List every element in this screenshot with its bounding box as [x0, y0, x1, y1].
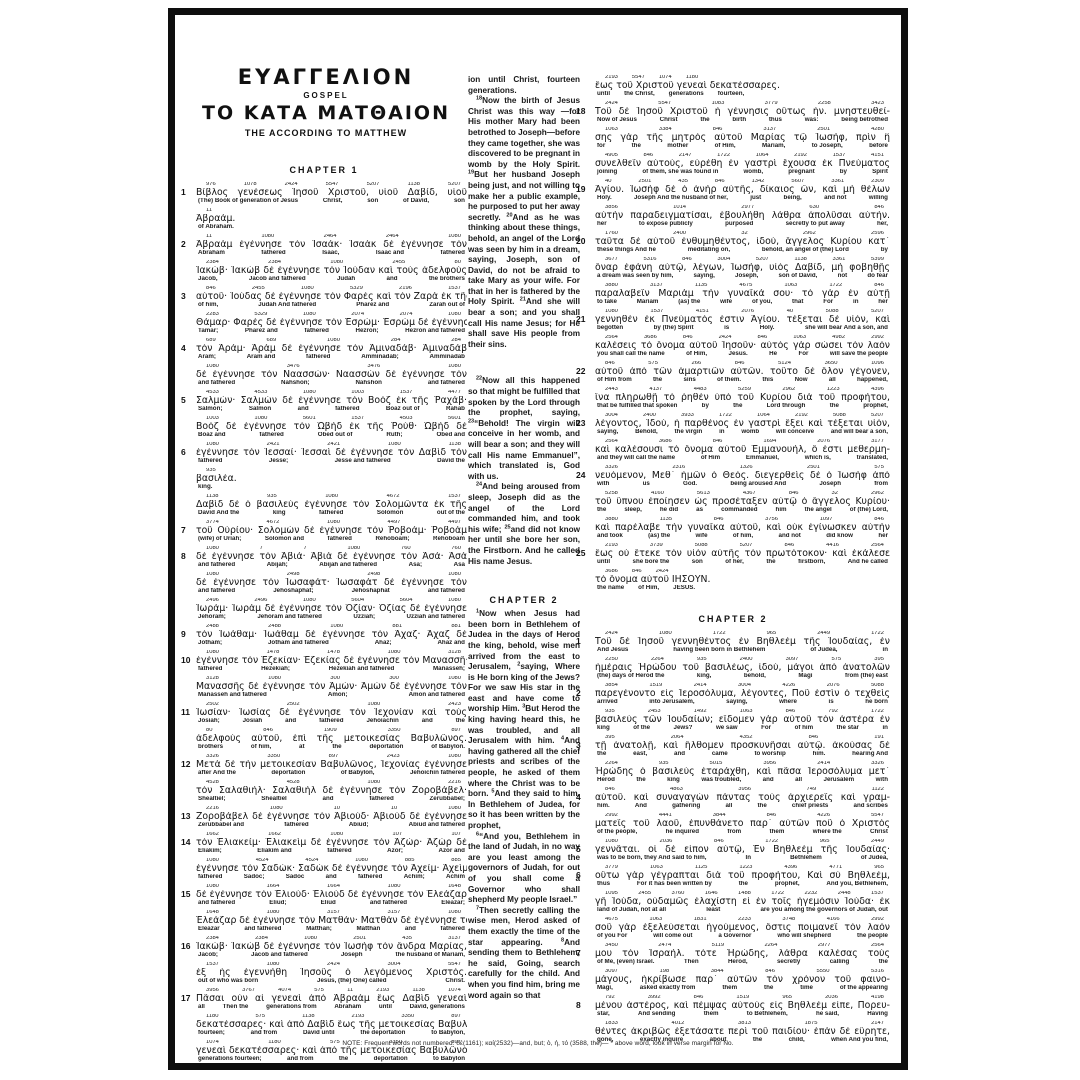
greek-text-row: αὐτοῦ· Ἰούδας δὲ ἐγέννησε τὸν Φαρὲς καὶ …: [196, 292, 467, 302]
interlinear-line: 339520644352846191τῇ ἀνατολῇ, καὶ ἤλθομε…: [576, 735, 890, 758]
verse-number: 6: [576, 870, 581, 880]
english-gloss-row: untilthe Christ,generationsfourteen,: [595, 91, 890, 98]
greek-text-row: δεκατέσσαρες· καὶ ἀπὸ Δαβὶδ ἕως τῆς μετο…: [196, 1020, 467, 1030]
page-border: ΕΥΑΓΓΕΛΙΟΝ GOSPEL ΤΟ ΚΑΤΑ ΜΑΤΘΑΙΟΝ THE A…: [168, 8, 908, 1070]
english-gloss-row: arrivedinto Jerusalem,saying,whereishe b…: [595, 699, 890, 706]
english-gloss-row: fatheredJesse;Jesse and fatheredDavid th…: [196, 458, 467, 465]
verse-superscript: 23: [468, 418, 474, 424]
interlinear-line: 23854151924143004422620765088παρεγένοντο…: [576, 683, 890, 706]
interlinear-line: 1080452445241080885885ἐγέννησε τὸν Σαδώκ…: [181, 858, 467, 881]
interlinear-line: 15371080242430045547ἐξ ἧς ἐγεννήθη Ἰησοῦ…: [181, 962, 467, 985]
title-block: ΕΥΑΓΓΕΛΙΟΝ GOSPEL ΤΟ ΚΑΤΑ ΜΑΤΘΑΙΟΝ THE A…: [179, 65, 473, 138]
greek-text-row: ἀδελφοὺς αὐτοῦ, ἐπὶ τῆς μετοικεσίας Βαβυ…: [196, 734, 467, 744]
greek-text-row: οὕτω γὰρ γέγραπται διὰ τοῦ προφήτου, Καὶ…: [595, 871, 890, 881]
english-gloss-row: and took(as) thewifeof him,and notdid kn…: [595, 533, 890, 540]
verse-superscript: 22: [476, 376, 482, 382]
chapter-1-heading: CHAPTER 1: [181, 165, 467, 175]
greek-text-row: Τοῦ δὲ Ἰησοῦ Χριστοῦ ἡ γέννησις οὕτως ἦν…: [595, 107, 890, 117]
greek-text-row: νευόμενον, Μεθ᾽ ἡμῶν ὁ Θεός. διεγερθεὶς …: [595, 471, 890, 481]
greek-text-row: Ἀβραάμ.: [196, 214, 467, 224]
column-interlinear-ch1: CHAPTER 1 1976107824245547520711385207Βί…: [181, 165, 467, 1066]
interlinear-line: 2443413744835259296212234396ἵνα πληρωθῇ …: [576, 387, 890, 410]
verse-superscript: 4: [561, 736, 564, 742]
interlinear-line: 2193554710741180ἕως τοῦ Χριστοῦ γενεαὶ δ…: [576, 75, 890, 98]
english-gloss-row: AbrahamfatheredIsaac,Isaac andfathered: [196, 250, 467, 257]
interlinear-line: 1080249824981080δὲ ἐγέννησε τὸν Ἰωσαφάτ·…: [181, 572, 467, 595]
english-gloss-row: (the) days of Herod theking,behold,Magif…: [595, 673, 890, 680]
english-gloss-row: brothersof him,atthedeportationof Babylo…: [196, 744, 467, 751]
english-gloss-row: fatheredSadoc;SadocandfatheredAchim;Achi…: [196, 874, 467, 881]
interlinear-line: 2111080246424641080Ἀβραὰμ ἐγέννησε τὸν Ἰ…: [181, 234, 467, 257]
interlinear-line: 100310805601153745035601Βοὸζ δὲ ἐγέννησε…: [181, 416, 467, 439]
verse-number: 22: [576, 366, 585, 376]
interlinear-line: 124241080172296524491722Τοῦ δὲ Ἰησοῦ γεν…: [576, 631, 890, 654]
english-gloss-row: Zerubbabel andfatheredAbiud;Abiud and fa…: [196, 822, 467, 829]
interlinear-line: 737744672108044974497τοῦ Οὐρίου· Σολομὼν…: [181, 520, 467, 543]
greek-text-row: Μανασσῆς δὲ ἐγέννησε τὸν Ἀμών· Ἀμὼν δὲ ἐ…: [196, 682, 467, 692]
interlinear-line: 2250226493524003097575395ἡμέραις Ἡρώδου …: [576, 657, 890, 680]
interlinear-line: 18242455471083377922583423Τοῦ δὲ Ἰησοῦ Χ…: [576, 101, 890, 124]
greek-text-row: σης γὰρ τῆς μητρὸς αὐτοῦ Μαρίας τῷ Ἰωσήφ…: [595, 133, 890, 143]
greek-text-row: Θάμαρ· Φαρὲς δὲ ἐγέννησε τὸν Ἑσρώμ· Ἑσρὼ…: [196, 318, 467, 328]
english-gloss-row: and fatheredEliud;Eliudand fatheredEleaz…: [196, 900, 467, 907]
interlinear-line: 14166216621080107107τὸν Ἐλιακείμ· Ἐλιακε…: [181, 832, 467, 855]
verse-superscript: 2: [517, 661, 520, 667]
english-gloss-row: was to be born, they And said to him,InB…: [595, 855, 890, 862]
english-gloss-row: star,And sendingthemto Bethlehem,he said…: [595, 1011, 890, 1018]
interlinear-line: 36868462424τὸ ὄνομα αὐτοῦ ΙΗΣΟΥΝ.the nam…: [576, 569, 890, 592]
interlinear-line: 123326335089724231080Μετὰ δὲ τὴν μετοικε…: [181, 754, 467, 777]
english-paragraph: 7Then secretly calling the wise men, Her…: [468, 906, 580, 1001]
english-gloss-row: you shall call the nameof Him,Jesus.HeFo…: [595, 351, 890, 358]
verse-superscript: 19: [468, 170, 474, 176]
english-gloss-row: (wife) of Uriah;Solomon andfatheredRehob…: [196, 536, 467, 543]
english-gloss-row: And Jesushaving been born in Bethlehemof…: [595, 647, 890, 654]
english-gloss-row: Jacob,Jacob and fatheredJudahandthe brot…: [196, 276, 467, 283]
interlinear-line: 194025014358461342560733612309Ἁγίου. Ἰωσ…: [576, 179, 890, 202]
interlinear-line: 1138935108046721537Δαβὶδ δὲ ὁ βασιλεὺς ἐ…: [181, 494, 467, 517]
interlinear-line: 3097198384484655505316μάγους, ἠκρίβωσε π…: [576, 969, 890, 992]
verse-superscript: 20: [506, 212, 512, 218]
interlinear-line: 51080203684617229652449γεννᾶται. οἱ δὲ ε…: [576, 839, 890, 862]
interlinear-line: 243326231613262501575νευόμενον, Μεθ᾽ ἡμῶ…: [576, 465, 890, 488]
english-gloss-row: and fatheredNahshon;Nahshonand fathered: [196, 380, 467, 387]
greek-text-row: Ἡρώδης ὁ βασιλεὺς ἐταράχθη, καὶ πᾶσα Ἱερ…: [595, 767, 890, 777]
verse-number: 11: [181, 707, 190, 717]
english-gloss-row: David And thekingfatheredSolomonout of t…: [196, 510, 467, 517]
interlinear-line: 22846575266846512436501096αὐτοῦ ἀπὸ τῶν …: [576, 361, 890, 384]
greek-text-row: Ἰακώβ· Ἰακὼβ δὲ ἐγέννησε τὸν Ἰωσὴφ τὸν ἄ…: [196, 942, 467, 952]
english-gloss-row: theeast,andcameto worshiphim.hearing And: [595, 751, 890, 758]
english-gloss-row: of Abraham.: [196, 224, 467, 231]
verse-number: 4: [576, 792, 581, 802]
greek-text-row: ἐγέννησε τὸν Σαδώκ· Σαδὼκ δὲ ἐγέννησε τὸ…: [196, 864, 467, 874]
verse-number: 5: [576, 844, 581, 854]
greek-text-row: παραλαβεῖν Μαριὰμ τὴν γυναῖκά σου· τὸ γὰ…: [595, 289, 890, 299]
english-gloss-row: Magi,asked exactly fromthemthetimeof the…: [595, 985, 890, 992]
english-gloss-row: Josiah;JosiahandfatheredJehoiachinandthe: [196, 718, 467, 725]
verse-number: 2: [576, 688, 581, 698]
english-gloss-row: the nameof Him,JESUS.: [595, 585, 890, 592]
greek-text-row: τὸν Ἐλιακείμ· Ἐλιακεὶμ δὲ ἐγέννησε τὸν Ἀ…: [196, 838, 467, 848]
greek-text-row: δὲ ἐγέννησε τὸν Ἰωσαφάτ· Ἰωσαφὰτ δὲ ἐγέν…: [196, 578, 467, 588]
english-gloss-row: of the people,he inquiredfromthemwhere t…: [595, 829, 890, 836]
greek-text-row: ἐγέννησε τὸν Ἰεσσαί· Ἰεσσαὶ δὲ ἐγέννησε …: [196, 448, 467, 458]
greek-text-row: Ἰακώβ· Ἰακὼβ δὲ ἐγέννησε τὸν Ἰούδαν καὶ …: [196, 266, 467, 276]
interlinear-line: 87923992846151996520364198μένου ἀστέρος,…: [576, 995, 890, 1018]
title-gospel-gloss: GOSPEL: [179, 91, 473, 100]
verse-number: 8: [181, 551, 186, 561]
interlinear-line: 238423841080245580Ἰακώβ· Ἰακὼβ δὲ ἐγέννη…: [181, 260, 467, 283]
interlinear-line: 1180575113821933350897δεκατέσσαρες· καὶ …: [181, 1014, 467, 1037]
english-gloss-row: Eleazarand fatheredMatthan;Matthanandfat…: [196, 926, 467, 933]
english-gloss-row: Salmon;SalmonandfatheredBoaz out ofRahab: [196, 406, 467, 413]
greek-text-row: ἐξ ἧς ἐγεννήθη Ἰησοῦς ὁ λεγόμενος Χριστό…: [196, 968, 467, 978]
verse-number: 8: [576, 1000, 581, 1010]
greek-text-row: καὶ καλέσουσι τὸ ὄνομα αὐτοῦ Ἐμμανουήλ, …: [595, 445, 890, 455]
greek-text-row: Σαλμών· Σαλμὼν δὲ ἐγέννησε τὸν Βοὸζ ἐκ τ…: [196, 396, 467, 406]
english-gloss-row: Jehoram;Jehoram and fatheredUzziah;Uzzia…: [196, 614, 467, 621]
greek-text-row: τῇ ἀνατολῇ, καὶ ἤλθομεν προσκυνῆσαι αὐτῷ…: [595, 741, 890, 751]
interlinear-line: 935βασιλέα.king.: [181, 468, 467, 491]
english-gloss-row: untilshe bore thesonof her,thefirstborn,…: [595, 559, 890, 566]
interlinear-line: 6377910631125122343964771965οὕτω γὰρ γέγ…: [576, 865, 890, 888]
greek-text-row: καὶ παρέλαβε τὴν γυναῖκα αὐτοῦ, καὶ οὐκ …: [595, 523, 890, 533]
english-paragraph: 1Now when Jesus had been born in Bethleh…: [468, 609, 580, 831]
verse-number: 25: [576, 548, 585, 558]
greek-text-row: γεννᾶται. οἱ δὲ εἶπον αὐτῷ, Ἐν Βηθλεὲμ τ…: [595, 845, 890, 855]
greek-text-row: δὲ ἐγέννησε τὸν Ναασσών· Ναασσὼν δὲ ἐγέν…: [196, 370, 467, 380]
english-gloss-row: Now of JesusChristthebirththuswas:being …: [595, 117, 890, 124]
english-gloss-row: saying,Behold,the virgininwombwill conce…: [595, 429, 890, 436]
verse-superscript: 21: [520, 297, 526, 303]
greek-text-row: ἕως τοῦ Χριστοῦ γενεαὶ δεκατέσσαρες.: [595, 81, 890, 91]
verse-superscript: 1: [476, 608, 479, 614]
greek-text-row: βασιλέα.: [196, 474, 467, 484]
title-greek-matthew: ΤΟ ΚΑΤΑ ΜΑΤΘΑΙΟΝ: [179, 102, 473, 124]
greek-text-row: αὐτοῦ. καὶ συναγαγὼν πάντας τοὺς ἀρχιερε…: [595, 793, 890, 803]
english-gloss-row: and they will call the nameof HimEmmanue…: [595, 455, 890, 462]
greek-text-row: ταῦτα δὲ αὐτοῦ ἐνθυμηθέντος, ἰδού, ἄγγελ…: [595, 237, 890, 247]
greek-text-row: Ζοροβάβελ δὲ ἐγέννησε τὸν Ἀβιούδ· Ἀβιοὺδ…: [196, 812, 467, 822]
english-gloss-row: of Me, (even) Israel.ThenHerod,secretlyc…: [595, 959, 890, 966]
greek-text-row: Πᾶσαι οὖν αἱ γενεαὶ ἀπὸ Ἀβραὰμ ἕως Δαβὶδ…: [196, 994, 467, 1004]
english-gloss-row: of Him fromthesinsof them.thisNowallhapp…: [595, 377, 890, 384]
english-gloss-row: land of Judah, not at allleastare you am…: [595, 907, 890, 914]
greek-text-row: ἡμέραις Ἡρώδου τοῦ βασιλέως, ἰδού, μάγοι…: [595, 663, 890, 673]
interlinear-line: 81080771080760760δὲ ἐγέννησε τὸν Ἀβιά· Ἀ…: [181, 546, 467, 569]
interlinear-line: 1080347634761080δὲ ἐγέννησε τὸν Ναασσών·…: [181, 364, 467, 387]
verse-number: 24: [576, 470, 585, 480]
english-gloss-row: of him,Judah And fatheredPharez andZarah…: [196, 302, 467, 309]
english-gloss-row: allThen thegenerations fromAbrahamuntilD…: [196, 1004, 467, 1011]
verse-number: 14: [181, 837, 190, 847]
greek-text-row: Βίβλος γενέσεως Ἰησοῦ Χριστοῦ, υἱοῦ Δαβί…: [196, 188, 467, 198]
english-gloss-row: to takeMariam(as) thewifeof you,thatFori…: [595, 299, 890, 306]
english-paragraph: 6“And you, Bethlehem in the land of Juda…: [468, 832, 580, 906]
interlinear-line: 1510801664166410801648δὲ ἐγέννησε τὸν Ἐλ…: [181, 884, 467, 907]
interlinear-lines-left: 1976107824245547520711385207Βίβλος γενέσ…: [181, 182, 467, 1063]
interlinear-line: 20176024003229622596ταῦτα δὲ αὐτοῦ ἐνθυμ…: [576, 231, 890, 254]
verse-superscript: 8: [561, 937, 564, 943]
english-paragraph: ion until Christ, fourteen generations.: [468, 75, 580, 96]
verse-number: 3: [576, 740, 581, 750]
interlinear-line: 9352453149210638467921722βασιλεὺς τῶν Ἰο…: [576, 709, 890, 732]
interlinear-line: 4528452810802216τὸν Σαλαθιήλ· Σαλαθιὴλ δ…: [181, 780, 467, 803]
verse-number: 10: [181, 655, 190, 665]
verse-number: 12: [181, 759, 190, 769]
greek-text-row: Τοῦ δὲ Ἰησοῦ γεννηθέντος ἐν Βηθλεὲμ τῆς …: [595, 637, 890, 647]
verse-number: 5: [181, 395, 186, 405]
english-gloss-row: herto expose publiclypurposedsecretly to…: [595, 221, 890, 228]
greek-text-row: μου τὸν Ἰσραήλ. τότε Ἡρώδης, λάθρα καλέσ…: [595, 949, 890, 959]
english-gloss-row: (The) Book of generation of JesusChrist,…: [196, 198, 467, 205]
interlinear-line: 112502250210802423Ἰωσίαν· Ἰωσίας δὲ ἐγέν…: [181, 702, 467, 725]
column-english-translation: ion until Christ, fourteen generations.1…: [468, 75, 580, 1001]
greek-text-row: ἐγέννησε τὸν Ἐζεκίαν· Ἐζεκίας δὲ ἐγέννησ…: [196, 656, 467, 666]
greek-text-row: θέντες ἀκριβῶς ἐξετάσατε περὶ τοῦ παιδίο…: [595, 1027, 890, 1037]
interlinear-line: 388031371135467510631722846παραλαβεῖν Μα…: [576, 283, 890, 306]
english-gloss-row: Herodthekingwas troubled,andallJerusalem…: [595, 777, 890, 784]
english-paragraph: 22Now all this happened so that might be…: [468, 376, 580, 482]
greek-text-row: ματεῖς τοῦ λαοῦ, ἐπυνθάνετο παρ᾽ αὐτῶν π…: [595, 819, 890, 829]
verse-number: 4: [181, 343, 186, 353]
greek-text-row: αὐτὴν παραδειγματίσαι, ἐβουλήθη λάθρα ἀπ…: [595, 211, 890, 221]
greek-text-row: γενεαὶ δεκατέσσαρες· καὶ ἀπὸ τῆς μετοικε…: [196, 1046, 467, 1056]
interlinear-line: 249624961080560456041080Ἰωράμ· Ἰωρὰμ δὲ …: [181, 598, 467, 621]
english-gloss-row: forthemotherof Him,Mariam,to Joseph,befo…: [595, 143, 890, 150]
interlinear-line: 228353291080207420741080Θάμαρ· Φαρὲς δὲ …: [181, 312, 467, 335]
english-gloss-row: Manasseh and fatheredAmon;Amon and fathe…: [196, 692, 467, 699]
interlinear-line: 1623842384108025014353137Ἰακώβ· Ἰακὼβ δὲ…: [181, 936, 467, 959]
english-gloss-row: that be fulfilled that spokenbytheLord t…: [595, 403, 890, 410]
verse-number: 9: [181, 629, 186, 639]
interlinear-line: 25219337395088520784644162564ἕως οὗ ἔτεκ…: [576, 543, 890, 566]
interlinear-line: 9248824881080881881τὸν Ἰωάθαμ· Ἰωάθαμ δὲ…: [181, 624, 467, 647]
interlinear-line: 1739563767407457511219311381074Πᾶσαι οὖν…: [181, 988, 467, 1011]
interlinear-line: 2110801537415120764050885207γεννηθὲν ἐκ …: [576, 309, 890, 332]
interlinear-line: 29924441384484642265547ματεῖς τοῦ λαοῦ, …: [576, 813, 890, 836]
verse-number: 19: [576, 184, 585, 194]
verse-number: 21: [576, 314, 585, 324]
interlinear-line: 610802421242110801138ἐγέννησε τὸν Ἰεσσαί…: [181, 442, 467, 465]
greek-text-row: Ἰωσίαν· Ἰωσίας δὲ ἐγέννησε τὸν Ἰεχονίαν …: [196, 708, 467, 718]
greek-text-row: δὲ ἐγέννησε τὸν Ἐλιούδ· Ἐλιοὺδ δὲ ἐγέννη…: [196, 890, 467, 900]
english-gloss-row: Eliakim;Eliakim andfatheredAzor;Azor and: [196, 848, 467, 855]
interlinear-line: 46896891080284284τὸν Ἀράμ· Ἀρὰμ δὲ ἐγένν…: [181, 338, 467, 361]
english-gloss-row: Tamar;Pharez andfatheredHezron;Hezron an…: [196, 328, 467, 335]
interlinear-line: 11Ἀβραάμ.of Abraham.: [181, 208, 467, 231]
interlinear-line: 2330042400393317221064219250885207λέγοντ…: [576, 413, 890, 436]
interlinear-line: 22649355015395624143326Ἡρώδης ὁ βασιλεὺς…: [576, 761, 890, 784]
interlinear-line: 4675106318312233374841662992σοῦ γὰρ ἐξελ…: [576, 917, 890, 940]
english-gloss-row: kingof theJews?we sawForof himthe starin: [595, 725, 890, 732]
verse-number: 1: [181, 187, 186, 197]
verse-number: 1: [576, 636, 581, 646]
interlinear-line: 8084619093350897ἀδελφοὺς αὐτοῦ, ἐπὶ τῆς …: [181, 728, 467, 751]
english-gloss-row: king.: [196, 484, 467, 491]
greek-text-row: μένου ἀστέρος, καὶ πέμψας αὐτοὺς εἰς Βηθ…: [595, 1001, 890, 1011]
english-gloss-row: Aram;Aram andfatheredAmminadab;Amminadab: [196, 354, 467, 361]
interlinear-line: 10633384846313725014280σης γὰρ τῆς μητρὸ…: [576, 127, 890, 150]
english-gloss-row: Holy.Joseph And the husband of her,justb…: [595, 195, 890, 202]
interlinear-line: 5453345331080100315374477Σαλμών· Σαλμὼν …: [181, 390, 467, 413]
greek-text-row: αὐτοῦ ἀπὸ τῶν ἁμαρτιῶν αὐτῶν. τοῦτο δὲ ὅ…: [595, 367, 890, 377]
greek-text-row: συνελθεῖν αὐτούς, εὑρέθη ἐν γαστρὶ ἔχουσ…: [595, 159, 890, 169]
interlinear-line: 256436868462424846106349822992καλέσεις τ…: [576, 335, 890, 358]
greek-text-row: Ἀβραὰμ ἐγέννησε τὸν Ἰσαάκ· Ἰσαὰκ δὲ ἐγέν…: [196, 240, 467, 250]
english-gloss-row: fatheredHezekiah;Hezekiah and fatheredMa…: [196, 666, 467, 673]
english-gloss-row: Shealtiel;ShealtielandfatheredZerubbabel…: [196, 796, 467, 803]
verse-superscript: 25: [504, 524, 510, 530]
interlinear-line: 385610142977630846αὐτὴν παραδειγματίσαι,…: [576, 205, 890, 228]
verse-superscript: 24: [476, 482, 482, 488]
interlinear-line: 7345024745119226429772564μου τὸν Ἰσραήλ.…: [576, 943, 890, 966]
greek-text-row: γῆ Ἰούδα, οὐδαμῶς ἐλαχίστη εἶ ἐν τοῖς ἡγ…: [595, 897, 890, 907]
greek-text-row: τὸν Σαλαθιήλ· Σαλαθιὴλ δὲ ἐγέννησε τὸν Ζ…: [196, 786, 467, 796]
greek-text-row: Ἐλεάζαρ δὲ ἐγέννησε τὸν Ματθάν· Ματθὰν δ…: [196, 916, 467, 926]
interlinear-line: 132216108010101080Ζοροβάβελ δὲ ἐγέννησε …: [181, 806, 467, 829]
greek-text-row: ἵνα πληρωθῇ τὸ ῥηθὲν ὑπὸ τοῦ Κυρίου διὰ …: [595, 393, 890, 403]
scanned-page-canvas: ΕΥΑΓΓΕΛΙΟΝ GOSPEL ΤΟ ΚΑΤΑ ΜΑΤΘΑΙΟΝ THE A…: [0, 0, 1080, 1080]
greek-text-row: τὸν Ἀράμ· Ἀρὰμ δὲ ἐγέννησε τὸν Ἀμιναδάβ·…: [196, 344, 467, 354]
greek-text-row: τοῦ Οὐρίου· Σολομὼν δὲ ἐγέννησε τὸν Ῥοβο…: [196, 526, 467, 536]
interlinear-line: 4846486339567491122αὐτοῦ. καὶ συναγαγὼν …: [576, 787, 890, 810]
verse-number: 16: [181, 941, 190, 951]
title-english-gloss: THE ACCORDING TO MATTHEW: [179, 128, 473, 138]
interlinear-line: 109524553760164614881722223224481537γῆ Ἰ…: [576, 891, 890, 914]
chapter-2-heading-english: CHAPTER 2: [468, 595, 580, 605]
verse-superscript: 5: [491, 788, 494, 794]
interlinear-lines-right-ch1: 2193554710741180ἕως τοῦ Χριστοῦ γενεαὶ δ…: [576, 75, 890, 592]
greek-text-row: Μετὰ δὲ τὴν μετοικεσίαν Βαβυλῶνος, Ἰεχον…: [196, 760, 467, 770]
verse-number: 3: [181, 291, 186, 301]
english-gloss-row: and fatheredAbijah;Abijah and fatheredAs…: [196, 562, 467, 569]
interlinear-line: 384624551080532921961537αὐτοῦ· Ἰούδας δὲ…: [181, 286, 467, 309]
greek-text-row: καλέσεις τὸ ὄνομα αὐτοῦ Ἰησοῦν· αὐτὸς γὰ…: [595, 341, 890, 351]
greek-text-row: γεννηθὲν ἐκ Πνεύματός ἐστιν Ἁγίου. τέξετ…: [595, 315, 890, 325]
interlinear-line: 25643686846169420763177καὶ καλέσουσι τὸ …: [576, 439, 890, 462]
english-gloss-row: generations fourteen;and fromthedeportat…: [196, 1056, 467, 1063]
verse-superscript: 18: [476, 95, 482, 101]
greek-text-row: μάγους, ἠκρίβωσε παρ᾽ αὐτῶν τὸν χρόνον τ…: [595, 975, 890, 985]
interlinear-line: 1976107824245547520711385207Βίβλος γενέσ…: [181, 182, 467, 205]
greek-text-row: παρεγένοντο εἰς Ἱεροσόλυμα, λέγοντες, Πο…: [595, 689, 890, 699]
english-paragraph: 24And being aroused from sleep, Joseph d…: [468, 482, 580, 567]
verse-number: 18: [576, 106, 585, 116]
greek-text-row: Δαβὶδ δὲ ὁ βασιλεὺς ἐγέννησε τὸν Σολομῶν…: [196, 500, 467, 510]
greek-text-row: σοῦ γὰρ ἐξελεύσεται ἡγούμενος, ὅστις ποι…: [595, 923, 890, 933]
verse-number: 6: [181, 447, 186, 457]
english-gloss-row: Boaz andfatheredObed out ofRuth;Obed and: [196, 432, 467, 439]
verse-number: 13: [181, 811, 190, 821]
english-gloss-row: after And thedeportationof Babylon,Jehoi…: [196, 770, 467, 777]
english-gloss-row: joiningof them, she was found inwomb,pre…: [595, 169, 890, 176]
greek-text-row: Ἰωράμ· Ἰωρὰμ δὲ ἐγέννησε τὸν Ὀζίαν· Ὀζία…: [196, 604, 467, 614]
interlinear-line: 3677531684630045207113833615399ὄναρ ἐφάν…: [576, 257, 890, 280]
interlinear-line: 3880113584637561097846καὶ παρέλαβε τὴν γ…: [576, 517, 890, 540]
english-gloss-row: Jotham;Jotham and fatheredAhaz;Ahaz and: [196, 640, 467, 647]
english-gloss-row: thesleep,he didascommandedhimthe angelof…: [595, 507, 890, 514]
english-gloss-row: of you Forwill come outa Governorwho wil…: [595, 933, 890, 940]
greek-text-row: λέγοντος, Ἰδού, ἡ παρθένος ἐν γαστρὶ ἕξε…: [595, 419, 890, 429]
verse-number: 17: [181, 993, 190, 1003]
title-greek: ΕΥΑΓΓΕΛΙΟΝ: [179, 65, 473, 89]
greek-text-row: τὸ ὄνομα αὐτοῦ ΙΗΣΟΥΝ.: [595, 575, 890, 585]
greek-text-row: τοῦ ὕπνου ἐποίησεν ὡς προσέταξεν αὐτῷ ὁ …: [595, 497, 890, 507]
page-inner: ΕΥΑΓΓΕΛΙΟΝ GOSPEL ΤΟ ΚΑΤΑ ΜΑΤΘΑΙΟΝ THE A…: [175, 15, 901, 1063]
interlinear-lines-right-ch2: 124241080172296524491722Τοῦ δὲ Ἰησοῦ γεν…: [576, 631, 890, 1044]
greek-text-row: τὸν Ἰωάθαμ· Ἰωάθαμ δὲ ἐγέννησε τὸν Ἀχαζ·…: [196, 630, 467, 640]
english-gloss-row: Jacob;Jacob and fatheredJosephthe husban…: [196, 952, 467, 959]
interlinear-line: 5258416056134367846322962τοῦ ὕπνου ἐποίη…: [576, 491, 890, 514]
english-gloss-row: thusFor it has been written bytheprophet…: [595, 881, 890, 888]
greek-text-row: ὄναρ ἐφάνη αὐτῷ, λέγων, Ἰωσήφ, υἱὸς Δαβί…: [595, 263, 890, 273]
interlinear-line: 312810803003001080Μανασσῆς δὲ ἐγέννησε τ…: [181, 676, 467, 699]
english-gloss-row: a dream was seen by him,saying,Joseph,so…: [595, 273, 890, 280]
verse-number: 7: [181, 525, 186, 535]
verse-superscript: 7: [476, 905, 479, 911]
greek-text-row: ἕως οὗ ἔτεκε τὸν υἱὸν αὐτῆς τὸν πρωτότοκ…: [595, 549, 890, 559]
verse-number: 23: [576, 418, 585, 428]
english-paragraph: 18Now the birth of Jesus Christ was this…: [468, 96, 580, 350]
chapter-2-heading-greek: CHAPTER 2: [576, 614, 890, 624]
verse-number: 15: [181, 889, 190, 899]
english-gloss-row: out of who was bornJesus, (the) One) cal…: [196, 978, 467, 985]
english-gloss-row: and fatheredJehoshaphat;Jehoshaphatand f…: [196, 588, 467, 595]
footnote-note: NOTE: Frequent words not numbered: δέ(11…: [175, 1040, 901, 1047]
english-gloss-row: him.Andgatheringallthechief priestsand s…: [595, 803, 890, 810]
english-gloss-row: withusGod.being aroused AndJosephfrom: [595, 481, 890, 488]
greek-text-row: βασιλεὺς τῶν Ἰουδαίων; εἴδομεν γὰρ αὐτοῦ…: [595, 715, 890, 725]
english-gloss-row: begottenby (the) SpiritisHoly.she will b…: [595, 325, 890, 332]
english-gloss-row: these things And hemeditating on,behold,…: [595, 247, 890, 254]
verse-number: 7: [576, 948, 581, 958]
interlinear-line: 16481080315731571080Ἐλεάζαρ δὲ ἐγέννησε …: [181, 910, 467, 933]
column-interlinear-right: 2193554710741180ἕως τοῦ Χριστοῦ γενεαὶ δ…: [576, 75, 890, 1047]
verse-superscript: 3: [522, 704, 525, 710]
interlinear-line: 4905846214717221064219215374151συνελθεῖν…: [576, 153, 890, 176]
verse-number: 2: [181, 239, 186, 249]
greek-text-row: Βοὸζ δὲ ἐγέννησε τὸν Ὠβὴδ ἐκ τῆς Ῥούθ· Ὠ…: [196, 422, 467, 432]
verse-number: 20: [576, 236, 585, 246]
greek-text-row: δὲ ἐγέννησε τὸν Ἀβιά· Ἀβιὰ δὲ ἐγέννησε τ…: [196, 552, 467, 562]
verse-superscript: 6: [476, 831, 479, 837]
greek-text-row: Ἁγίου. Ἰωσὴφ δὲ ὁ ἀνὴρ αὐτῆς, δίκαιος ὤν…: [595, 185, 890, 195]
english-gloss-row: fourteen;and fromDavid untilthe deportat…: [196, 1030, 467, 1037]
interlinear-line: 1010801478147810803128ἐγέννησε τὸν Ἐζεκί…: [181, 650, 467, 673]
